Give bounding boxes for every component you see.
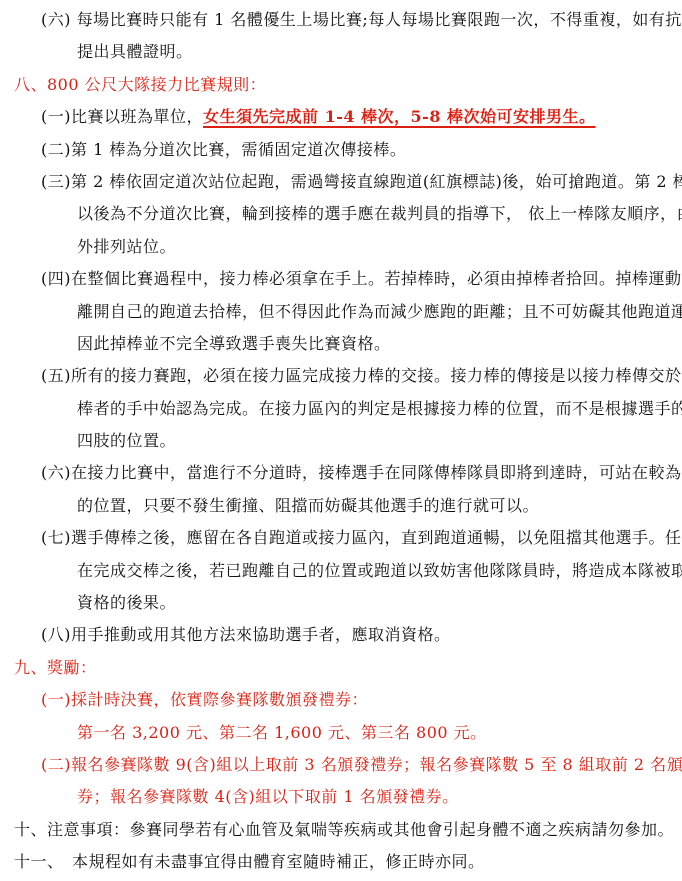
text-run: (六)在接力比賽中，當進行不分道時，接棒選手在同隊傳棒隊員即將到達時，可站在較為…	[41, 463, 682, 482]
document-line: 十一、 本規程如有未盡事宜得由體育室隨時補正，修正時亦同。	[0, 846, 682, 878]
document-line: 十、注意事項：參賽同學若有心血管及氣喘等疾病或其他會引起身體不適之疾病請勿參加。	[0, 814, 682, 846]
text-run: (一)採計時決賽，依實際參賽隊數頒發禮券：	[41, 690, 368, 709]
text-run: (四)在整個比賽過程中，接力棒必須拿在手上。若掉棒時，必須由掉棒者拾回。掉棒運動…	[41, 269, 682, 288]
document-line: 的位置，只要不發生衝撞、阻擋而妨礙其他選手的進行就可以。	[0, 490, 682, 522]
text-run: (七)選手傳棒之後，應留在各自跑道或接力區內，直到跑道通暢，以免阻擋其他選手。任…	[41, 528, 682, 547]
document-line: (三)第 2 棒依固定道次站位起跑，需過彎接直線跑道(紅旗標誌)後，始可搶跑道。…	[0, 166, 682, 198]
emphasis-underlined-text: 女生須先完成前 1-4 棒次，5-8 棒次始可安排男生。	[203, 107, 596, 126]
document-line: (六) 每場比賽時只能有 1 名體優生上場比賽;每人每場比賽限跑一次，不得重複，…	[0, 4, 682, 36]
text-run: 以後為不分道次比賽，輪到接棒的選手應在裁判員的指導下， 依上一棒隊友順序，由內而	[77, 204, 682, 223]
text-run: (二)第 1 棒為分道次比賽，需循固定道次傳接棒。	[41, 140, 406, 159]
text-run: 棒者的手中始認為完成。在接力區內的判定是根據接力棒的位置，而不是根據選手的身體或	[77, 399, 682, 418]
document-line: 第一名 3,200 元、第二名 1,600 元、第三名 800 元。	[0, 717, 682, 749]
text-run: 離開自己的跑道去拾棒，但不得因此作為而減少應跑的距離；且不可妨礙其他跑道運動員，	[77, 302, 682, 321]
document-line: (六)在接力比賽中，當進行不分道時，接棒選手在同隊傳棒隊員即將到達時，可站在較為…	[0, 457, 682, 489]
document-line: 棒者的手中始認為完成。在接力區內的判定是根據接力棒的位置，而不是根據選手的身體或	[0, 393, 682, 425]
document-line: 提出具體證明。	[0, 36, 682, 68]
text-run: 九、獎勵：	[14, 658, 97, 677]
text-run: (五)所有的接力賽跑，必須在接力區完成接力棒的交接。接力棒的傳接是以接力棒傳交於…	[41, 366, 682, 385]
document-line: 外排列站位。	[0, 231, 682, 263]
document-line: (一)比賽以班為單位，女生須先完成前 1-4 棒次，5-8 棒次始可安排男生。	[0, 101, 682, 133]
text-run: (二)報名參賽隊數 9(含)組以上取前 3 名頒發禮券；報名參賽隊數 5 至 8…	[41, 755, 682, 774]
document-line: (二)第 1 棒為分道次比賽，需循固定道次傳接棒。	[0, 134, 682, 166]
text-run: 十、注意事項：參賽同學若有心血管及氣喘等疾病或其他會引起身體不適之疾病請勿參加。	[14, 820, 674, 839]
document-line: 八、800 公尺大隊接力比賽規則：	[0, 69, 682, 101]
text-run: (八)用手推動或用其他方法來協助選手者，應取消資格。	[41, 625, 451, 644]
document-line: 四肢的位置。	[0, 425, 682, 457]
text-run: 在完成交棒之後，若已跑離自己的位置或跑道以致妨害他隊隊員時，將造成本隊被取消比賽	[77, 561, 682, 580]
text-run: (六) 每場比賽時只能有 1 名體優生上場比賽;每人每場比賽限跑一次，不得重複，…	[41, 10, 682, 29]
document-line: (八)用手推動或用其他方法來協助選手者，應取消資格。	[0, 619, 682, 651]
document-line: (一)採計時決賽，依實際參賽隊數頒發禮券：	[0, 684, 682, 716]
document-line: 離開自己的跑道去拾棒，但不得因此作為而減少應跑的距離；且不可妨礙其他跑道運動員，	[0, 296, 682, 328]
text-run: 提出具體證明。	[77, 42, 193, 61]
text-run: (一)比賽以班為單位，	[41, 107, 203, 126]
text-run: 八、800 公尺大隊接力比賽規則：	[14, 75, 266, 94]
text-run: 因此掉棒並不完全導致選手喪失比賽資格。	[77, 334, 391, 353]
document-line: 券；報名參賽隊數 4(含)組以下取前 1 名頒發禮券。	[0, 781, 682, 813]
document-line: 九、獎勵：	[0, 652, 682, 684]
document-line: (四)在整個比賽過程中，接力棒必須拿在手上。若掉棒時，必須由掉棒者拾回。掉棒運動…	[0, 263, 682, 295]
text-run: 外排列站位。	[77, 237, 176, 256]
document-line: (二)報名參賽隊數 9(含)組以上取前 3 名頒發禮券；報名參賽隊數 5 至 8…	[0, 749, 682, 781]
text-run: (三)第 2 棒依固定道次站位起跑，需過彎接直線跑道(紅旗標誌)後，始可搶跑道。…	[41, 172, 682, 191]
text-run: 資格的後果。	[77, 593, 176, 612]
document-line: 資格的後果。	[0, 587, 682, 619]
document-line: 因此掉棒並不完全導致選手喪失比賽資格。	[0, 328, 682, 360]
document-line: (五)所有的接力賽跑，必須在接力區完成接力棒的交接。接力棒的傳接是以接力棒傳交於…	[0, 360, 682, 392]
text-run: 十一、 本規程如有未盡事宜得由體育室隨時補正，修正時亦同。	[14, 852, 485, 871]
document-page: (六) 每場比賽時只能有 1 名體優生上場比賽;每人每場比賽限跑一次，不得重複，…	[0, 0, 682, 881]
document-line: (七)選手傳棒之後，應留在各自跑道或接力區內，直到跑道通暢，以免阻擋其他選手。任…	[0, 522, 682, 554]
document-line: 在完成交棒之後，若已跑離自己的位置或跑道以致妨害他隊隊員時，將造成本隊被取消比賽	[0, 555, 682, 587]
text-run: 第一名 3,200 元、第二名 1,600 元、第三名 800 元。	[77, 723, 487, 742]
document-line: 以後為不分道次比賽，輪到接棒的選手應在裁判員的指導下， 依上一棒隊友順序，由內而	[0, 198, 682, 230]
text-run: 的位置，只要不發生衝撞、阻擋而妨礙其他選手的進行就可以。	[77, 496, 539, 515]
text-run: 四肢的位置。	[77, 431, 176, 450]
text-run: 券；報名參賽隊數 4(含)組以下取前 1 名頒發禮券。	[77, 787, 459, 806]
